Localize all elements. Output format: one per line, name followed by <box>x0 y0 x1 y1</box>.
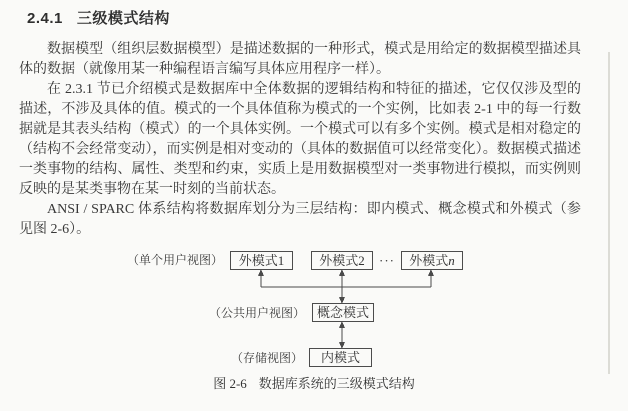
paragraph-2: 在 2.3.1 节已介绍模式是数据库中全体数据的逻辑结构和特征的描述，它仅仅涉及… <box>19 80 581 200</box>
conceptual-view-label: （公共用户视图） <box>209 304 305 322</box>
storage-view-label: （存储视图） <box>231 349 303 367</box>
page-edge-scan-artifact <box>608 52 610 374</box>
paragraph-3: ANSI / SPARC 体系结构将数据库划分为三层结构：即内模式、概念模式和外… <box>19 200 581 240</box>
section-heading: 2.4.1三级模式结构 <box>27 9 628 29</box>
paragraph-1: 数据模型（组织层数据模型）是描述数据的一种形式，模式是用给定的数据模型描述具体的… <box>19 40 581 80</box>
figure-2-6: （单个用户视图） 外模式1 外模式2 ··· 外模式n （公共用户视图） 概念模… <box>0 248 628 411</box>
figure-caption-number: 图 2-6 <box>213 376 247 391</box>
figure-caption: 图 2-6数据库系统的三级模式结构 <box>0 376 628 392</box>
body-text: 数据模型（组织层数据模型）是描述数据的一种形式，模式是用给定的数据模型描述具体的… <box>19 40 581 240</box>
internal-schema-box: 内模式 <box>309 348 372 367</box>
figure-caption-title: 数据库系统的三级模式结构 <box>259 376 415 391</box>
external-schema-box-2: 外模式2 <box>311 251 373 270</box>
scanned-book-page: 2.4.1三级模式结构 数据模型（组织层数据模型）是描述数据的一种形式，模式是用… <box>0 0 628 411</box>
section-number: 2.4.1 <box>27 10 63 27</box>
section-title: 三级模式结构 <box>77 10 170 27</box>
ellipsis-dots: ··· <box>375 251 399 270</box>
conceptual-schema-box: 概念模式 <box>312 303 374 322</box>
external-schema-box-n: 外模式n <box>401 251 463 270</box>
external-view-label: （单个用户视图） <box>127 251 223 269</box>
external-schema-box-1: 外模式1 <box>230 251 293 270</box>
